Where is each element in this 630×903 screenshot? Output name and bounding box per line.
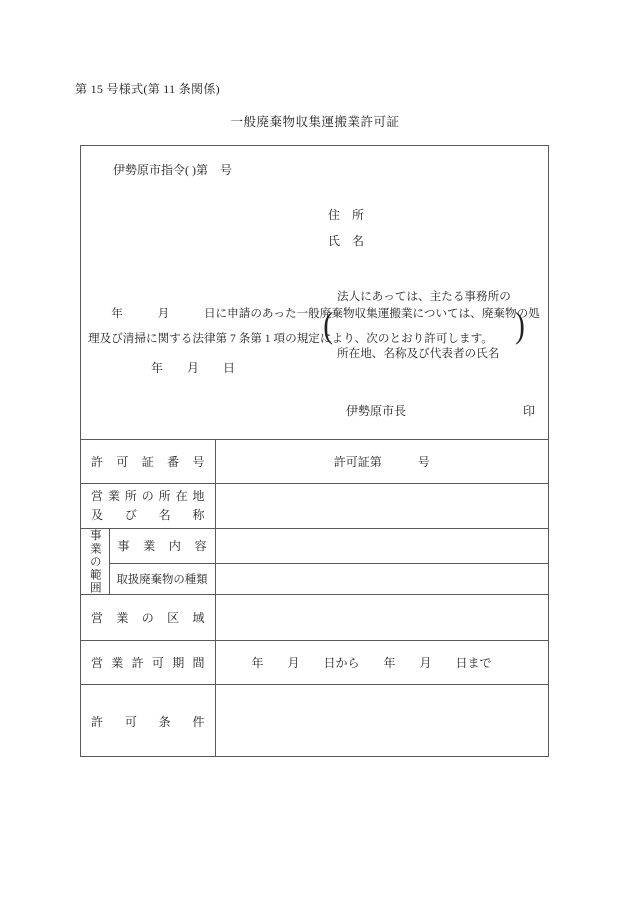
directive-number: 伊勢原市指令( )第 号: [113, 161, 232, 178]
permit-period-value: 年 月 日から 年 月 日まで: [215, 641, 548, 685]
document-title: 一般廃棄物収集運搬業許可証: [0, 112, 630, 130]
permit-number-value: 許可証第 号: [215, 440, 548, 483]
permit-conditions-row: 許 可 条 件: [81, 685, 548, 758]
form-number: 第 15 号様式(第 11 条関係): [75, 80, 220, 97]
permit-conditions-value: [215, 685, 548, 758]
document-page: 第 15 号様式(第 11 条関係) 一般廃棄物収集運搬業許可証 伊勢原市指令(…: [0, 0, 630, 903]
permit-number-row: 許 可 証 番 号 許可証第 号: [81, 440, 548, 483]
name-label: 氏 名: [328, 232, 364, 249]
office-row: 営 業 所 の 所 在 地 及 び 名 称: [81, 483, 548, 528]
permit-period-row: 営 業 許 可 期 間 年 月 日から 年 月 日まで: [81, 641, 548, 685]
office-label-line-1: 営 業 所 の 所 在 地: [91, 487, 205, 506]
issuer-name: 伊勢原市長: [346, 402, 406, 419]
office-value: [215, 483, 548, 528]
permit-period-label: 営 業 許 可 期 間: [81, 641, 215, 685]
business-area-value: [215, 595, 548, 641]
office-label-line-2: 及 び 名 称: [91, 506, 205, 525]
seal-mark: 印: [523, 402, 535, 419]
permit-number-label: 許 可 証 番 号: [81, 440, 215, 483]
address-label: 住 所: [328, 206, 364, 223]
business-content-label: 事 業 内 容: [109, 528, 215, 563]
permit-conditions-label: 許 可 条 件: [81, 685, 215, 758]
permit-table-area: 許 可 証 番 号 許可証第 号 営 業 所 の 所 在 地 及 び 名 称 事…: [81, 439, 548, 756]
body-line-2: 理及び清掃に関する法律第 7 条第 1 項の規定により、次のとおり許可します。: [88, 326, 543, 351]
business-content-row: 事業の範囲 事 業 内 容: [81, 528, 548, 563]
business-scope-vertical-text: 事業の範囲: [87, 529, 103, 595]
business-content-value: [215, 528, 548, 563]
permit-certificate-box: 伊勢原市指令( )第 号 住 所 氏 名 ( 法人にあっては、主たる事務所の 所…: [80, 145, 549, 757]
business-scope-group-label: 事業の範囲: [81, 528, 109, 595]
body-paragraph: 年 月 日に申請のあった一般廃棄物収集運搬業については、廃棄物の処 理及び清掃に…: [88, 301, 543, 351]
body-line-1: 年 月 日に申請のあった一般廃棄物収集運搬業については、廃棄物の処: [88, 301, 543, 326]
issue-date-line: 年 月 日: [151, 359, 235, 376]
permit-table: 許 可 証 番 号 許可証第 号 営 業 所 の 所 在 地 及 び 名 称 事…: [81, 440, 548, 757]
waste-types-value: [215, 563, 548, 594]
waste-types-label: 取扱廃棄物の種類: [109, 563, 215, 594]
business-area-label: 営 業 の 区 域: [81, 595, 215, 641]
office-label: 営 業 所 の 所 在 地 及 び 名 称: [81, 483, 215, 528]
waste-types-row: 取扱廃棄物の種類: [81, 563, 548, 594]
business-area-row: 営 業 の 区 域: [81, 595, 548, 641]
